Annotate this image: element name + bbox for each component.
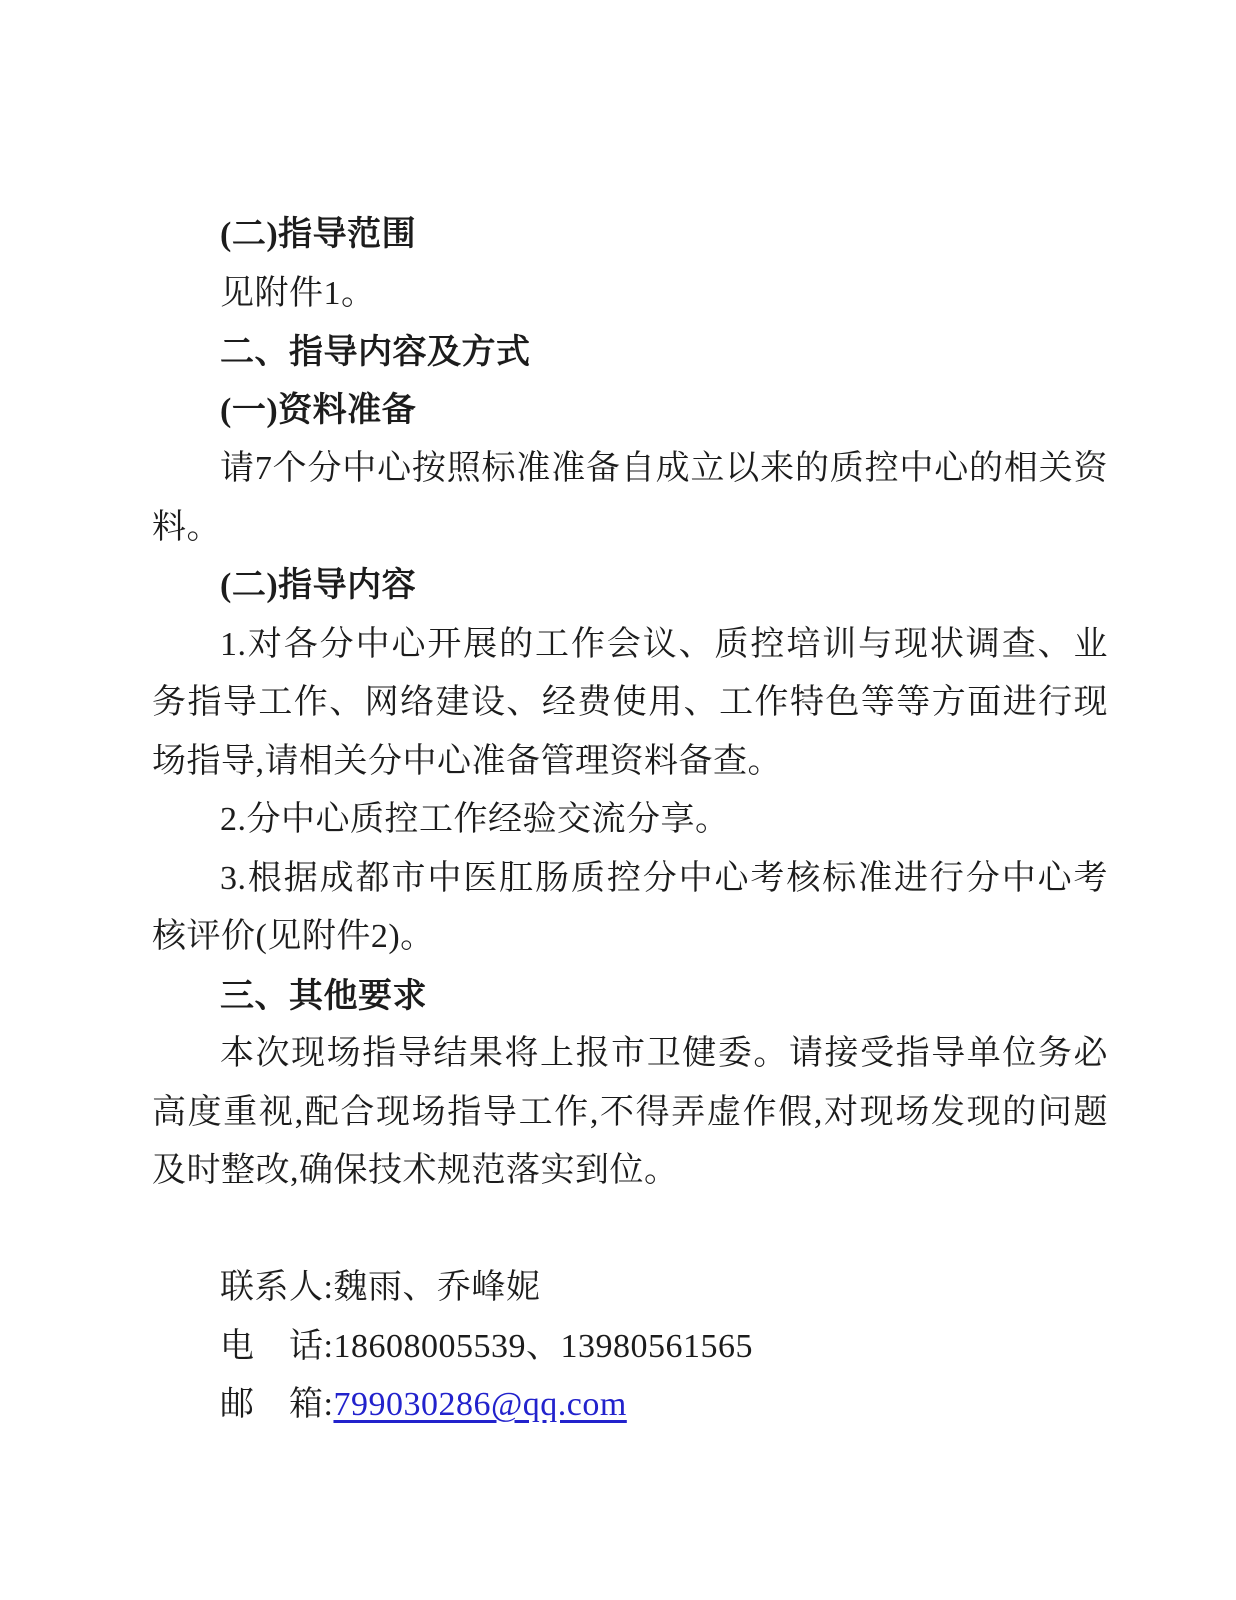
- heading-other-requirements: 三、其他要求: [152, 967, 1108, 1026]
- email-link[interactable]: 799030286@qq.com: [333, 1386, 626, 1423]
- heading-guidance-content-and-method: 二、指导内容及方式: [152, 323, 1108, 382]
- para-see-attachment-1: 见附件1。: [152, 265, 1108, 324]
- para-material-preparation: 请7个分中心按照标准准备自成立以来的质控中心的相关资料。: [152, 440, 1108, 557]
- para-guidance-item-2: 2.分中心质控工作经验交流分享。: [152, 791, 1108, 850]
- para-other-requirements: 本次现场指导结果将上报市卫健委。请接受指导单位务必高度重视,配合现场指导工作,不…: [152, 1025, 1108, 1201]
- email-label: 邮 箱:: [220, 1386, 333, 1423]
- document-body: (二)指导范围 见附件1。 二、指导内容及方式 (一)资料准备 请7个分中心按照…: [152, 206, 1108, 1435]
- para-guidance-item-1: 1.对各分中心开展的工作会议、质控培训与现状调查、业务指导工作、网络建设、经费使…: [152, 616, 1108, 792]
- blank-line: [152, 1201, 1108, 1260]
- subheading-material-preparation: (一)资料准备: [152, 382, 1108, 441]
- contact-phone-line: 电 话:18608005539、13980561565: [152, 1318, 1108, 1377]
- document-page: (二)指导范围 见附件1。 二、指导内容及方式 (一)资料准备 请7个分中心按照…: [0, 0, 1236, 1600]
- subheading-guidance-scope: (二)指导范围: [152, 206, 1108, 265]
- contact-person-line: 联系人:魏雨、乔峰妮: [152, 1259, 1108, 1318]
- subheading-guidance-content: (二)指导内容: [152, 557, 1108, 616]
- para-guidance-item-3: 3.根据成都市中医肛肠质控分中心考核标准进行分中心考核评价(见附件2)。: [152, 850, 1108, 967]
- contact-email-line: 邮 箱:799030286@qq.com: [152, 1376, 1108, 1435]
